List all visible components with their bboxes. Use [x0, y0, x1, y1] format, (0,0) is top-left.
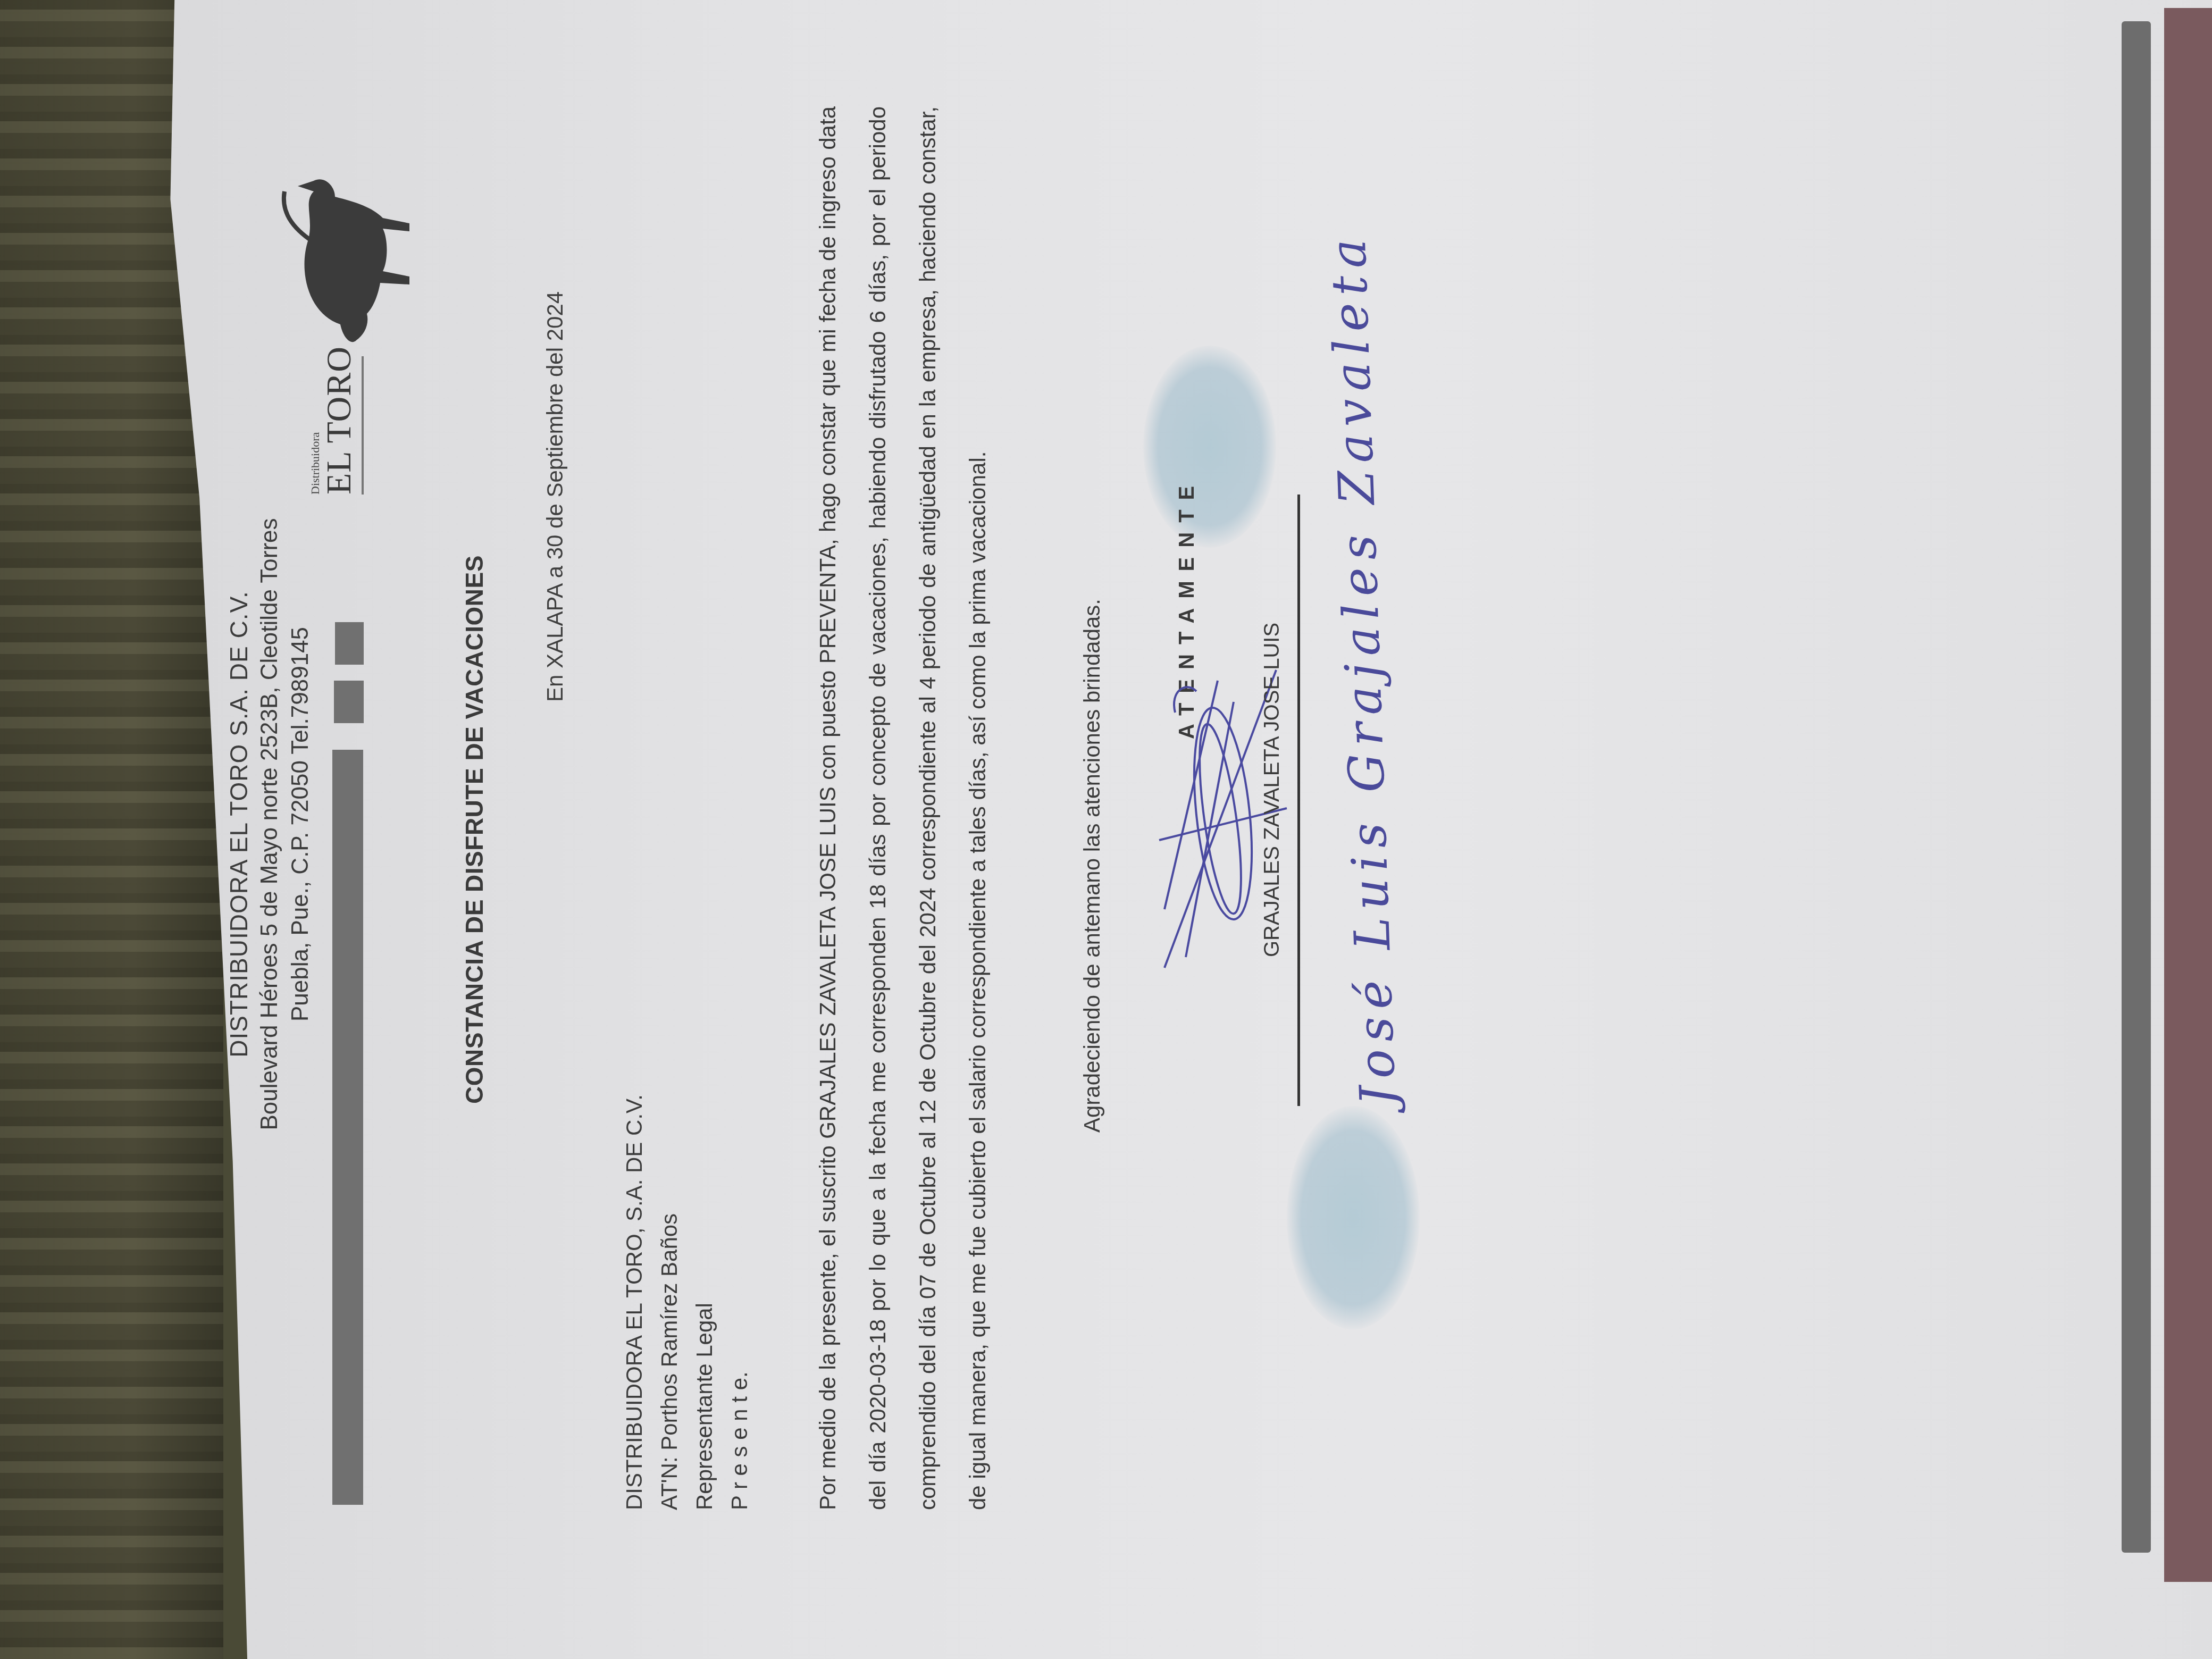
date-line: En XALAPA a 30 de Septiembre del 2024: [542, 291, 568, 702]
company-address-line1: Boulevard Héroes 5 de Mayo norte 2523B, …: [254, 479, 285, 1170]
logo-underline: [362, 356, 364, 495]
company-name: DISTRIBUIDORA EL TORO S.A. DE C.V.: [223, 479, 254, 1170]
document-page: DISTRIBUIDORA EL TORO S.A. DE C.V. Boule…: [202, 43, 2116, 1638]
folder-cover: [2164, 8, 2212, 1582]
addressee-company: DISTRIBUIDORA EL TORO, S.A. DE C.V.: [617, 1094, 652, 1510]
addressee-role: Representante Legal: [687, 1094, 722, 1510]
addressee-greeting: P r e s e n t e.: [722, 1094, 757, 1510]
addressee-block: DISTRIBUIDORA EL TORO, S.A. DE C.V. AT'N…: [617, 1094, 757, 1510]
header-bar: [332, 750, 363, 1505]
thumbprint-stamp: [1287, 1106, 1420, 1329]
company-address-line2: Puebla, Pue., C.P. 72050 Tel.7989145: [285, 479, 316, 1170]
folder-gray-stripe: [2122, 21, 2151, 1553]
header-bar-segment: [334, 681, 364, 723]
signature-line: [1297, 495, 1300, 1106]
signer-name: GRAJALES ZAVALETA JOSE LUIS: [1260, 623, 1284, 957]
document-title: CONSTANCIA DE DISFRUTE DE VACACIONES: [460, 489, 489, 1170]
body-paragraph: Por medio de la presente, el suscrito GR…: [803, 106, 1003, 1510]
addressee-attention: AT'N: Porthos Ramírez Baños: [652, 1094, 687, 1510]
handwritten-name: José Luis Grajales Zavaleta: [1319, 231, 1406, 1107]
logo-text: EL TORO: [319, 346, 359, 495]
header-bar-segment: [335, 622, 364, 665]
closing-line: Agradeciendo de antemano las atenciones …: [1079, 599, 1105, 1133]
company-header: DISTRIBUIDORA EL TORO S.A. DE C.V. Boule…: [223, 479, 316, 1170]
thumbprint-stamp: [1143, 346, 1276, 548]
